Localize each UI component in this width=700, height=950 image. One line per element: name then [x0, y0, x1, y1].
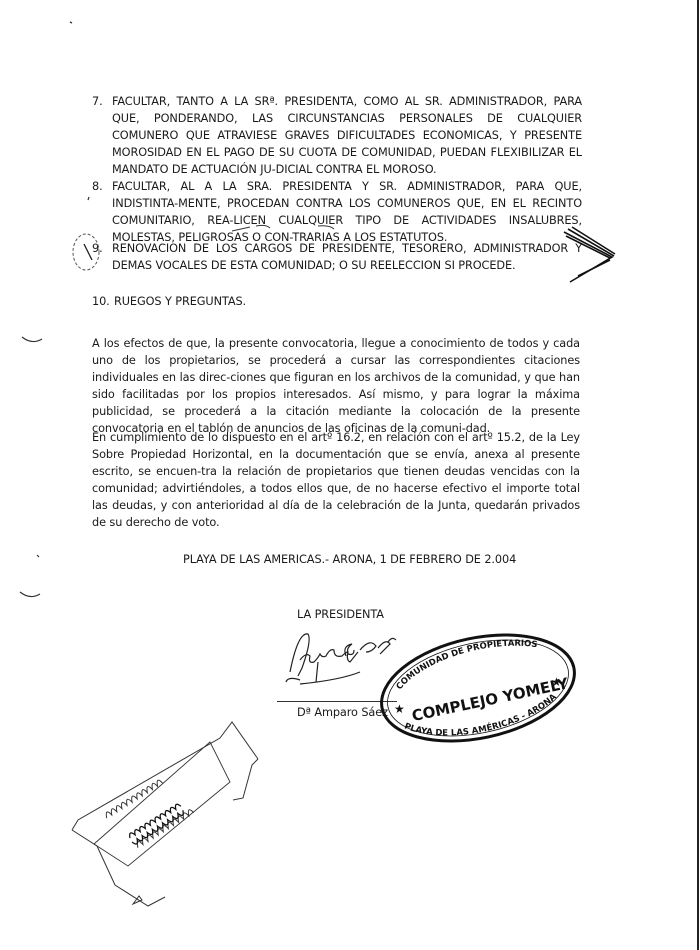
- handwritten-marks-layer: COMUNIDAD DE PROPIETARIOS PLAYA DE LAS A…: [0, 0, 700, 950]
- star-icon: ★: [551, 675, 562, 689]
- check-stroke-icon: [84, 244, 92, 260]
- star-icon: ★: [394, 702, 405, 716]
- circle-mark-icon: [73, 234, 99, 270]
- arrow-chevron-icon: [564, 227, 615, 282]
- doodle-sketch: [72, 722, 258, 906]
- underline-marks: [232, 225, 334, 231]
- handwritten-signature: [286, 634, 396, 684]
- scanned-document-page: 7. FACULTAR, TANTO A LA SRª. PRESIDENTA,…: [0, 0, 700, 950]
- margin-marks: [20, 22, 89, 597]
- community-stamp: COMUNIDAD DE PROPIETARIOS PLAYA DE LAS A…: [372, 619, 585, 758]
